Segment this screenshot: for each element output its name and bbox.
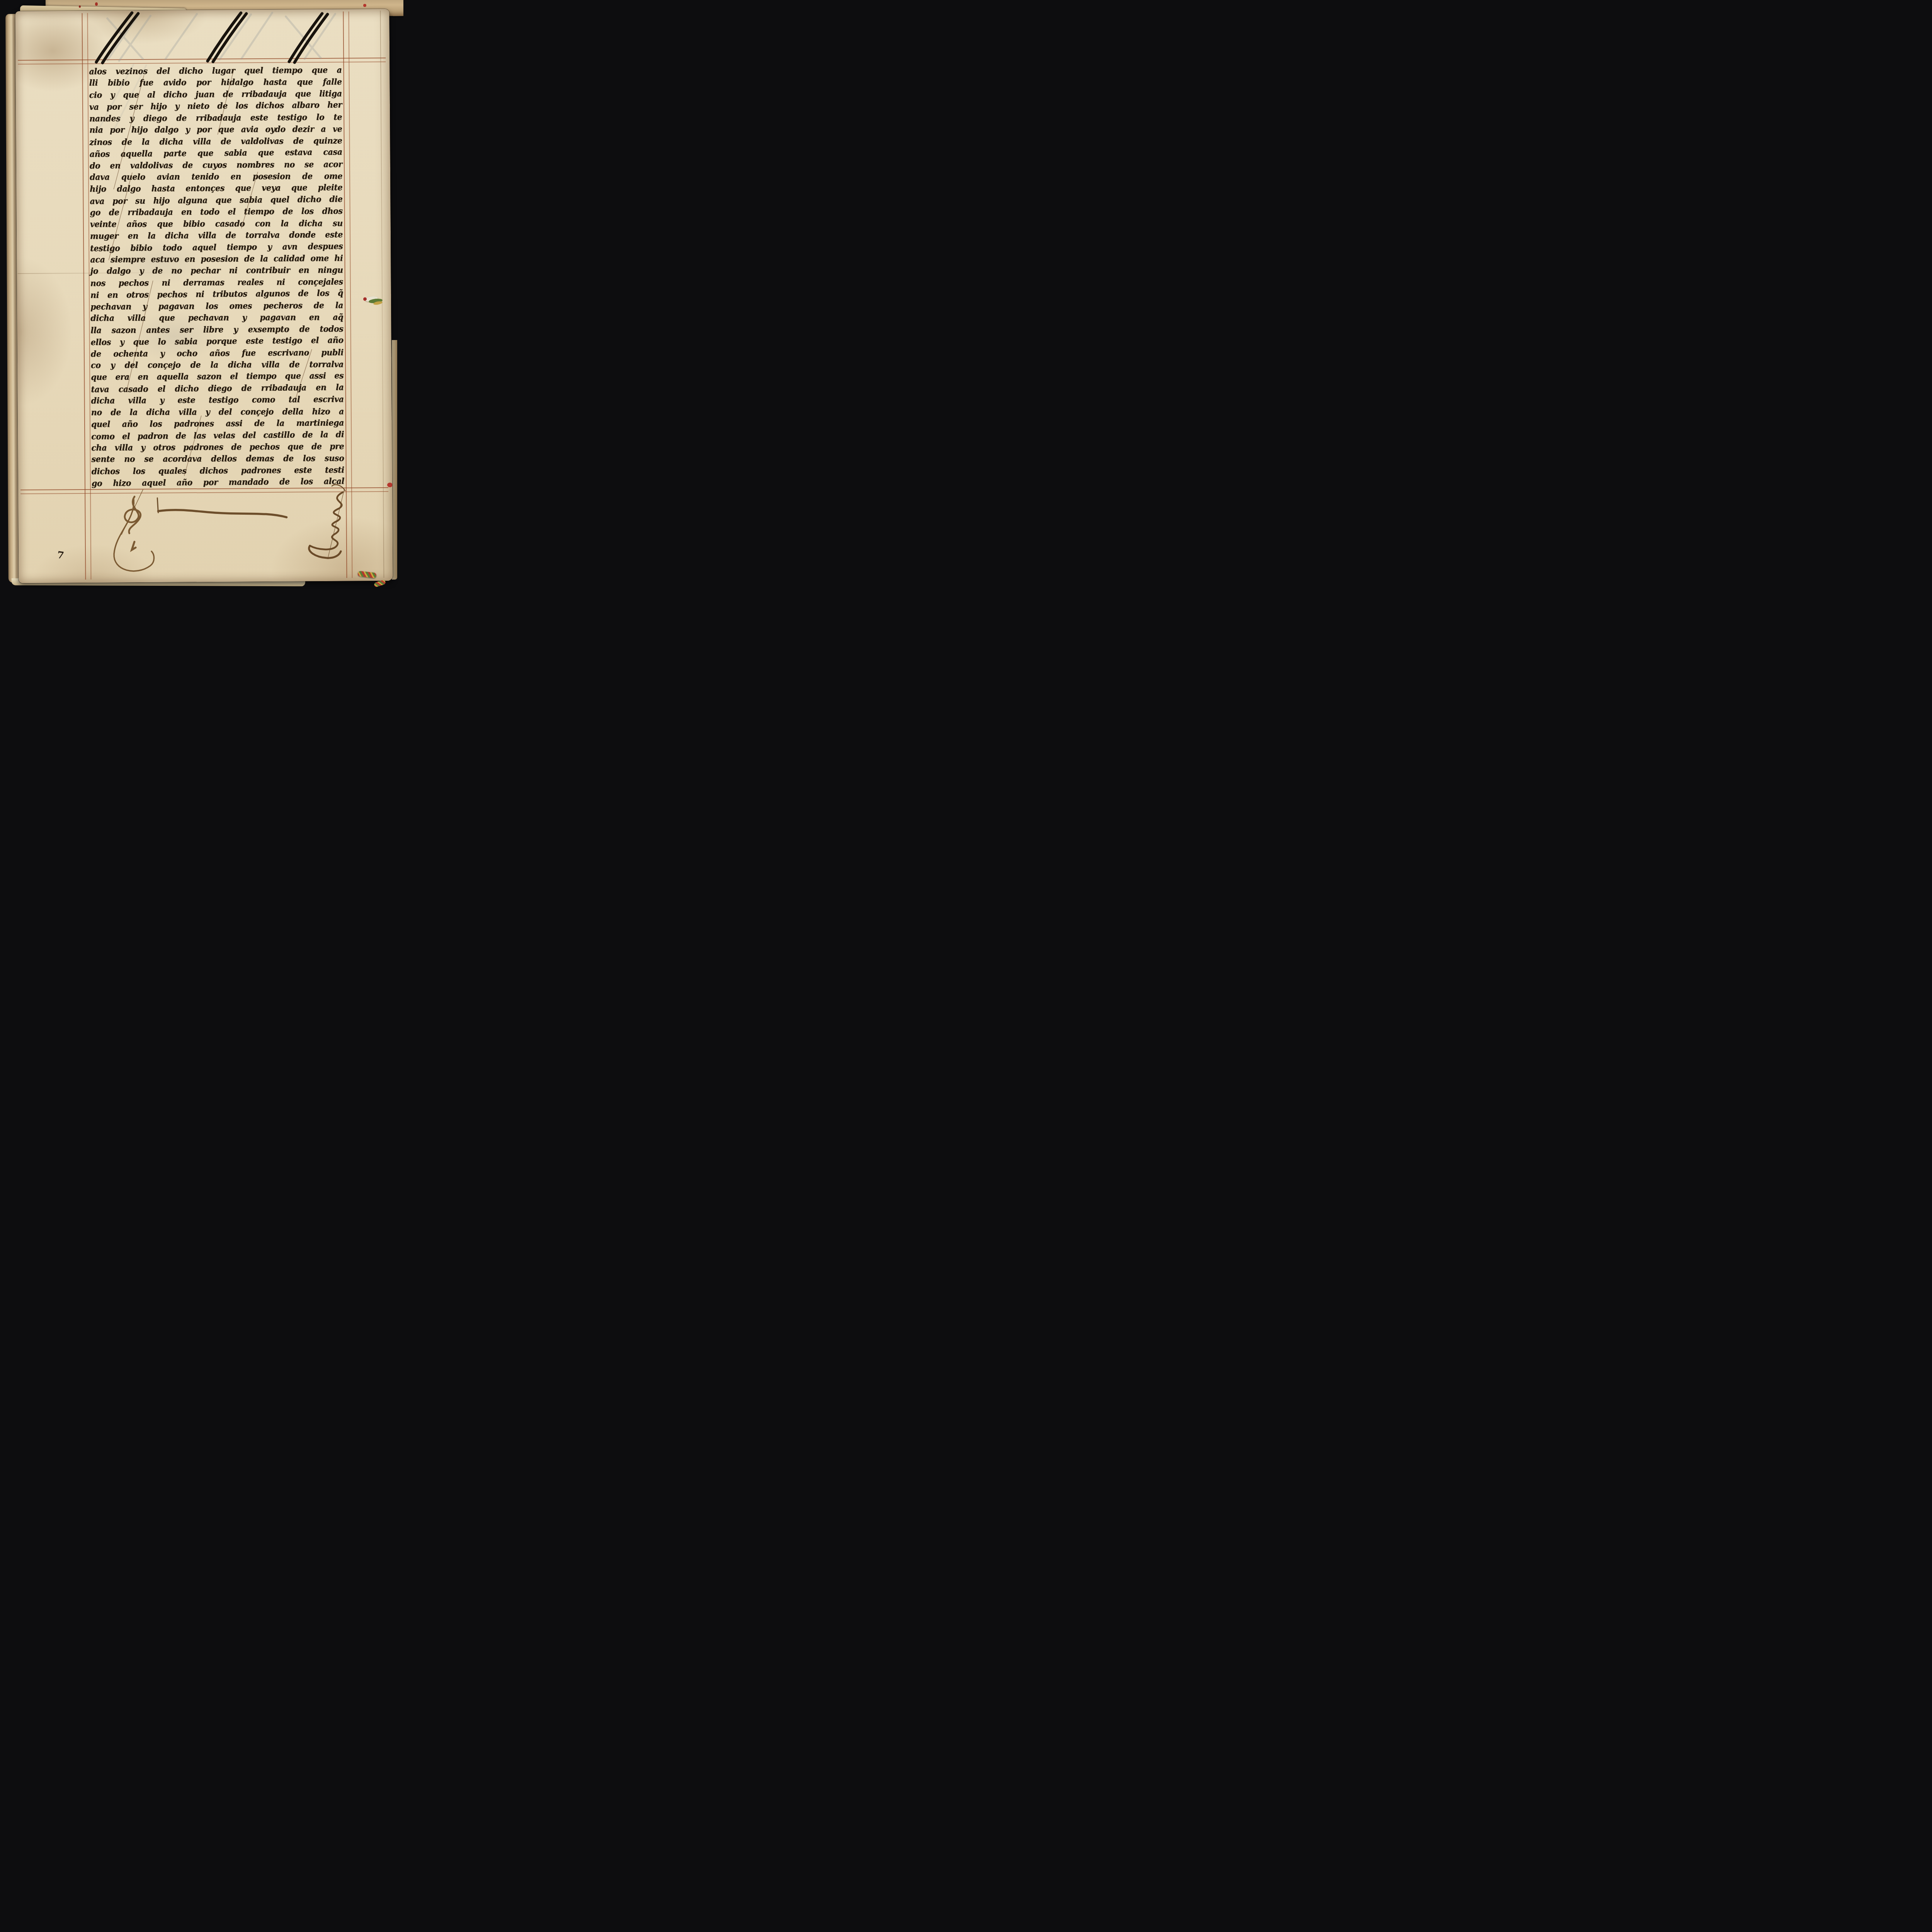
- pen-scratch-hairlines: [107, 68, 312, 476]
- cancellation-slashes: [96, 12, 328, 64]
- parchment-page: alos vezinos del dicho lugar quel tiempo…: [15, 9, 393, 583]
- bottom-margin-stroke: [157, 497, 286, 518]
- right-rubric-flourish: [309, 485, 345, 559]
- red-ink-speck: [79, 5, 81, 8]
- red-cord-peek: [363, 4, 366, 7]
- ink-decorations: [15, 9, 393, 583]
- binding-tie-right: [363, 293, 385, 307]
- under-leaf-edge-right: [392, 340, 397, 580]
- manuscript-photo: alos vezinos del dicho lugar quel tiempo…: [0, 0, 403, 589]
- showthrough-ghost-marks-lower: [99, 65, 146, 131]
- red-cord-peek-right: [387, 483, 393, 487]
- left-knot-flourish: [114, 490, 154, 571]
- red-ink-speck: [95, 2, 98, 6]
